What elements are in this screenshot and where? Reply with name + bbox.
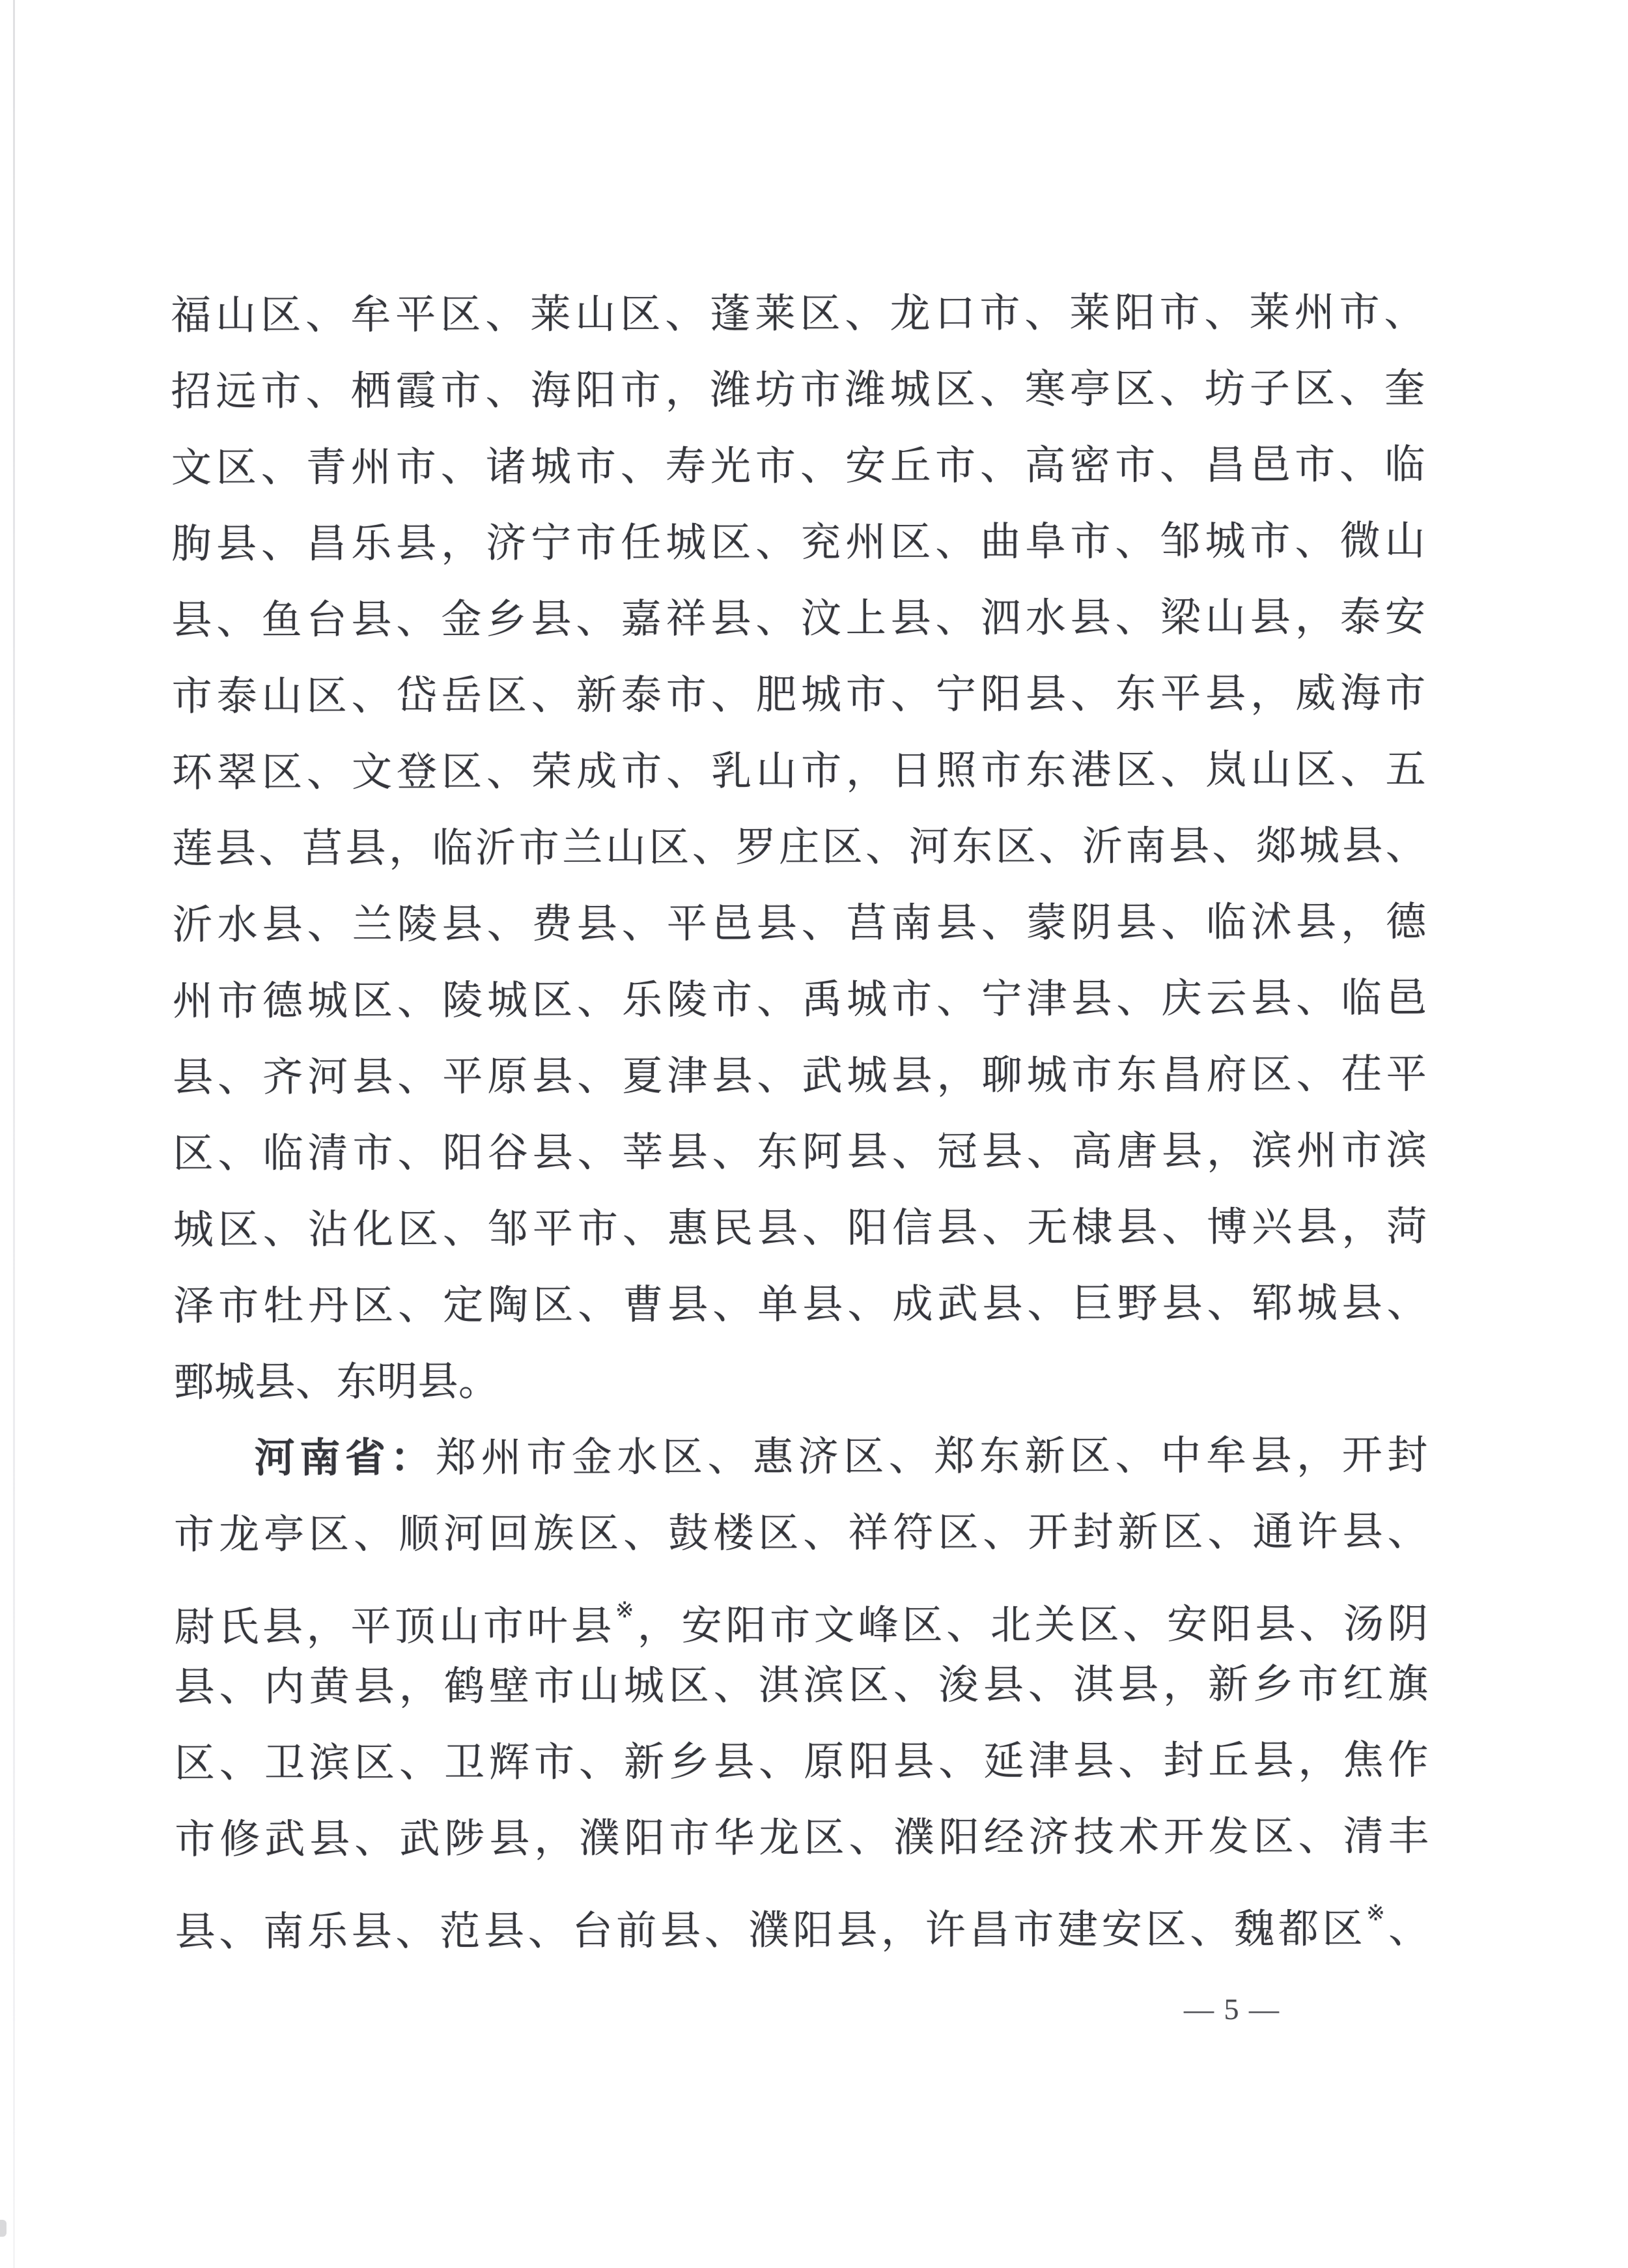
text-run: 州市德城区、陵城区、乐陵市、禹城市、宁津县、庆云县、临邑 bbox=[173, 976, 1427, 1024]
text-line: 城区、沾化区、邹平市、惠民县、阳信县、无棣县、博兴县，菏 bbox=[173, 1189, 1427, 1269]
text-line: 市龙亭区、顺河回族区、鼓楼区、祥符区、开封新区、通许县、 bbox=[174, 1494, 1428, 1574]
text-line: 区、卫滨区、卫辉市、新乡县、原阳县、延津县、封丘县，焦作 bbox=[175, 1723, 1429, 1802]
text-line: 州市德城区、陵城区、乐陵市、禹城市、宁津县、庆云县、临邑 bbox=[173, 961, 1427, 1040]
text-run: 沂水县、兰陵县、费县、平邑县、莒南县、蒙阴县、临沭县，德 bbox=[173, 900, 1427, 948]
text-run: 市泰山区、岱岳区、新泰市、肥城市、宁阳县、东平县，威海市 bbox=[172, 672, 1426, 719]
text-run: 市修武县、武陟县，濮阳市华龙区、濮阳经济技术开发区、清丰 bbox=[175, 1815, 1429, 1862]
text-line: 市修武县、武陟县，濮阳市华龙区、濮阳经济技术开发区、清丰 bbox=[175, 1799, 1429, 1878]
text-line: 河南省：郑州市金水区、惠济区、郑东新区、中牟县，开封 bbox=[174, 1418, 1428, 1497]
text-run: 文区、青州市、诸城市、寿光市、安丘市、高密市、昌邑市、临 bbox=[171, 443, 1425, 490]
text-run: 城区、沾化区、邹平市、惠民县、阳信县、无棣县、博兴县，菏 bbox=[173, 1205, 1427, 1253]
reference-mark: ※ bbox=[615, 1598, 638, 1623]
scan-edge-line bbox=[13, 0, 15, 2268]
text-run: 莲县、莒县，临沂市兰山区、罗庄区、河东区、沂南县、郯城县、 bbox=[172, 824, 1426, 872]
reference-mark: ※ bbox=[1366, 1901, 1388, 1925]
text-line: 文区、青州市、诸城市、寿光市、安丘市、高密市、昌邑市、临 bbox=[171, 427, 1425, 507]
text-line: 福山区、牟平区、莱山区、蓬莱区、龙口市、莱阳市、莱州市、 bbox=[171, 275, 1425, 354]
text-run: 、 bbox=[1388, 1907, 1429, 1951]
text-run: ，安阳市文峰区、北关区、安阳县、汤阴 bbox=[638, 1602, 1429, 1649]
document-page: 福山区、牟平区、莱山区、蓬莱区、龙口市、莱阳市、莱州市、招远市、栖霞市、海阳市，… bbox=[0, 0, 1628, 2268]
text-line: 朐县、昌乐县，济宁市任城区、兖州区、曲阜市、邹城市、微山 bbox=[171, 503, 1425, 583]
text-run: 泽市牡丹区、定陶区、曹县、单县、成武县、巨野县、郓城县、 bbox=[173, 1281, 1427, 1329]
text-line: 县、南乐县、范县、台前县、濮阳县，许昌市建安区、魏都区※、 bbox=[175, 1875, 1429, 1955]
text-run: 区、临清市、阳谷县、莘县、东阿县、冠县、高唐县，滨州市滨 bbox=[173, 1129, 1427, 1176]
document-body: 福山区、牟平区、莱山区、蓬莱区、龙口市、莱阳市、莱州市、招远市、栖霞市、海阳市，… bbox=[171, 275, 1429, 1955]
text-run: 福山区、牟平区、莱山区、蓬莱区、龙口市、莱阳市、莱州市、 bbox=[171, 291, 1425, 338]
text-line: 鄄城县、东明县。 bbox=[173, 1342, 1427, 1421]
text-run: 鄄城县、东明县。 bbox=[173, 1360, 499, 1405]
text-line: 区、临清市、阳谷县、莘县、东阿县、冠县、高唐县，滨州市滨 bbox=[173, 1113, 1427, 1193]
text-line: 尉氏县，平顶山市叶县※，安阳市文峰区、北关区、安阳县、汤阴 bbox=[174, 1570, 1428, 1650]
text-line: 县、齐河县、平原县、夏津县、武城县，聊城市东昌府区、茌平 bbox=[173, 1037, 1427, 1116]
text-line: 县、内黄县，鹤壁市山城区、淇滨区、浚县、淇县，新乡市红旗 bbox=[175, 1647, 1429, 1726]
text-run: 环翠区、文登区、荣成市、乳山市，日照市东港区、岚山区、五 bbox=[172, 748, 1426, 795]
text-run: 县、鱼台县、金乡县、嘉祥县、汶上县、泗水县、梁山县，泰安 bbox=[171, 595, 1425, 643]
text-line: 沂水县、兰陵县、费县、平邑县、莒南县、蒙阴县、临沭县，德 bbox=[172, 885, 1426, 964]
text-line: 泽市牡丹区、定陶区、曹县、单县、成武县、巨野县、郓城县、 bbox=[173, 1266, 1427, 1345]
text-run: 朐县、昌乐县，济宁市任城区、兖州区、曲阜市、邹城市、微山 bbox=[171, 519, 1425, 567]
text-run: 区、卫滨区、卫辉市、新乡县、原阳县、延津县、封丘县，焦作 bbox=[175, 1738, 1429, 1786]
text-run: 郑州市金水区、惠济区、郑东新区、中牟县，开封 bbox=[436, 1434, 1428, 1481]
text-line: 环翠区、文登区、荣成市、乳山市，日照市东港区、岚山区、五 bbox=[172, 732, 1426, 812]
text-line: 县、鱼台县、金乡县、嘉祥县、汶上县、泗水县、梁山县，泰安 bbox=[171, 580, 1425, 659]
text-run: 县、南乐县、范县、台前县、濮阳县，许昌市建安区、魏都区 bbox=[175, 1907, 1367, 1955]
province-heading: 河南省： bbox=[255, 1436, 436, 1481]
page-number: — 5 — bbox=[1154, 1992, 1310, 2026]
text-line: 市泰山区、岱岳区、新泰市、肥城市、宁阳县、东平县，威海市 bbox=[172, 656, 1426, 735]
scan-artifact bbox=[0, 2220, 7, 2237]
text-run: 尉氏县，平顶山市叶县 bbox=[174, 1604, 615, 1650]
text-run: 县、齐河县、平原县、夏津县、武城县，聊城市东昌府区、茌平 bbox=[173, 1053, 1427, 1100]
text-run: 市龙亭区、顺河回族区、鼓楼区、祥符区、开封新区、通许县、 bbox=[174, 1510, 1428, 1557]
text-line: 招远市、栖霞市、海阳市，潍坊市潍城区、寒亭区、坊子区、奎 bbox=[171, 351, 1425, 431]
text-run: 县、内黄县，鹤壁市山城区、淇滨区、浚县、淇县，新乡市红旗 bbox=[175, 1662, 1429, 1710]
text-run: 招远市、栖霞市、海阳市，潍坊市潍城区、寒亭区、坊子区、奎 bbox=[171, 367, 1425, 414]
text-line: 莲县、莒县，临沂市兰山区、罗庄区、河东区、沂南县、郯城县、 bbox=[172, 808, 1426, 888]
